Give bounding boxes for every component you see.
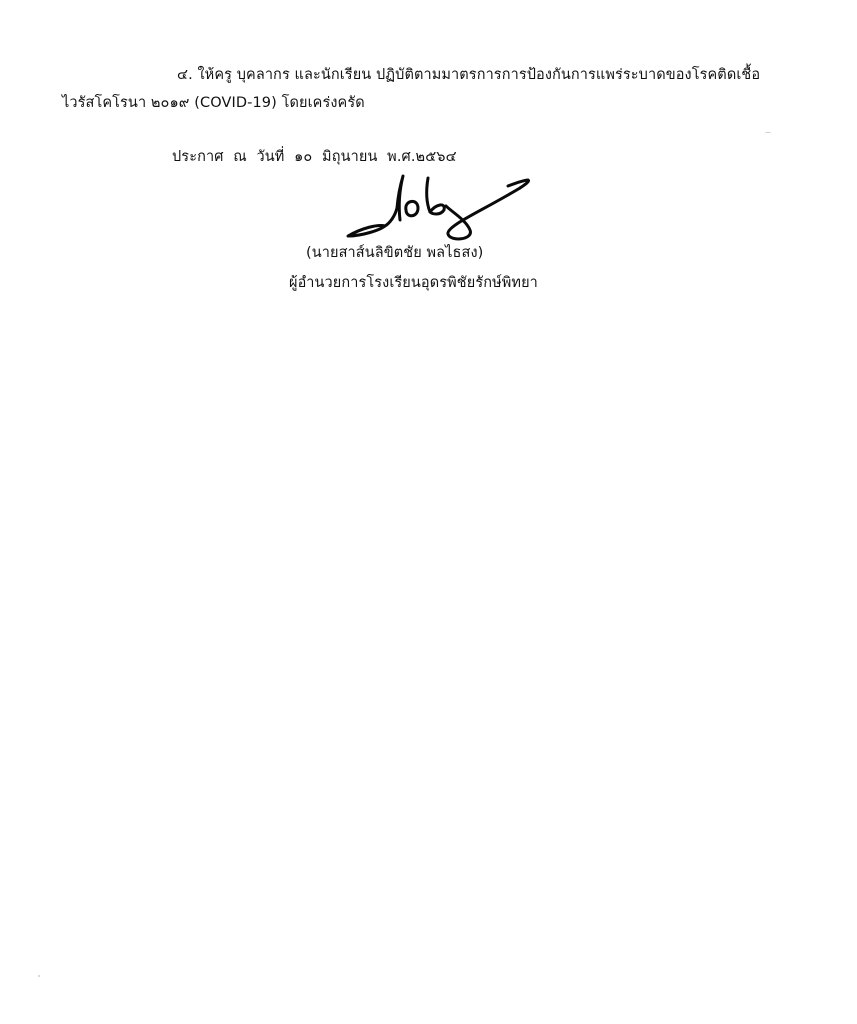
signature-icon [340,168,540,243]
announcement-date: ประกาศ ณ วันที่ ๑๐ มิถุนายน พ.ศ.๒๕๖๔ [172,147,457,167]
paragraph-item-4-line-2: ไวรัสโคโรนา ๒๐๑๙ (COVID-19) โดยเคร่งครัด [62,93,365,113]
scan-noise [765,132,771,133]
signatory-position: ผู้อำนวยการโรงเรียนอุดรพิชัยรักษ์พิทยา [289,273,538,293]
paragraph-item-4-line-1: ๔. ให้ครู บุคลากร และนักเรียน ปฏิบัติตาม… [177,65,760,85]
signatory-name: (นายสาส์นลิขิตชัย พลไธสง) [306,243,483,263]
scan-noise [38,975,40,977]
